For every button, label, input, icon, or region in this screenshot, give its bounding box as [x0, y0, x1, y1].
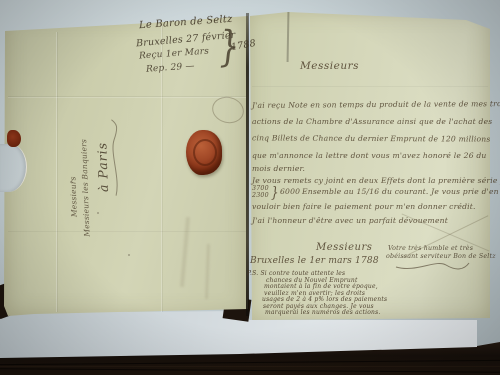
address-block: Messieurs Messieurs les Banquiers à Pari… [65, 79, 145, 251]
letter-line: mois dernier. [252, 164, 305, 173]
letter-line: que m'annonce la lettre dont vous m'avez… [252, 151, 487, 160]
address-line: Messieurs les Banquiers [77, 81, 91, 237]
ps-line: marquerai les numéros des actions. [265, 309, 380, 316]
fold-crease [56, 32, 57, 312]
amount-total: 6000 [280, 187, 300, 196]
letter-line: Ensemble au 15/16 du courant. Je vous pr… [302, 187, 499, 196]
letter-line: vouloir bien faire le paiement pour m'en… [252, 202, 476, 211]
amount-lower: 2300 [252, 192, 269, 199]
signature-flourish [394, 259, 472, 273]
ink-speck [70, 181, 72, 183]
wax-seal-remnant [7, 130, 21, 147]
wood-plank-line [0, 368, 500, 372]
wood-grain-line [0, 366, 500, 367]
letter-line: cinq Billets de Chance du dernier Emprun… [252, 133, 491, 143]
letter-line: Je vous remets cy joint en deux Effets d… [252, 176, 500, 185]
ink-speck [128, 254, 130, 256]
letter-closing: Votre très humble et très [388, 245, 473, 252]
letter-dateline: Bruxelles le 1er mars 1788 [250, 256, 379, 266]
fold-crease [252, 86, 488, 87]
wax-seal-impression [193, 139, 217, 166]
wax-seal [186, 130, 222, 175]
amount-upper: 3700 [252, 185, 269, 192]
letter-line: J'ai reçu Note en son temps du produit d… [252, 99, 500, 110]
photo-of-letter: Le Baron de Seltz Bruxelles 27 février R… [0, 0, 500, 375]
letter-line: J'ai l'honneur d'être avec un parfait dé… [252, 216, 448, 225]
ink-speck [97, 212, 99, 214]
wood-plank-line [0, 360, 500, 365]
amount-brace: } [271, 183, 279, 201]
letter-resalutation: Messieurs [316, 242, 372, 253]
letter-salutation: Messieurs [300, 60, 359, 72]
letter-line: actions de la Chambre d'Assurance ainsi … [252, 117, 492, 126]
